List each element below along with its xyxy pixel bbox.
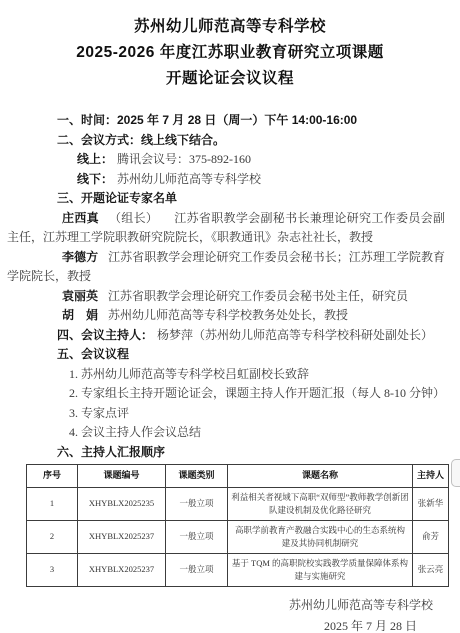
agenda-item: 1. 苏州幼儿师范高等专科学校吕虹副校长致辞 — [7, 365, 445, 385]
expert-item: 李德方江苏省职教学会理论研究工作委员会秘书长；江苏理工学院教育学院院长，教授 — [7, 248, 445, 287]
expert-desc: 江苏省职教学会理论研究工作委员会秘书处主任，研究员 — [108, 289, 408, 303]
cell-index: 3 — [27, 553, 78, 586]
expert-name: 庄西真 — [62, 211, 99, 225]
table-row: 2 XHYBLX2025237 一般立项 高职学前教育产教融合实践中心的生态系统… — [27, 520, 449, 553]
agenda-item: 4. 会议主持人作会议总结 — [7, 423, 445, 443]
section-host: 四、会议主持人：杨梦萍（苏州幼儿师范高等专科学校科研处副处长） — [7, 326, 445, 346]
signature-org: 苏州幼儿师范高等专科学校 — [7, 595, 445, 616]
cell-project-type: 一般立项 — [166, 487, 228, 520]
signature-block: 苏州幼儿师范高等专科学校 2025 年 7 月 28 日 — [7, 595, 445, 633]
edge-widget[interactable] — [451, 459, 460, 487]
host-value: 杨梦萍（苏州幼儿师范高等专科学校科研处副处长） — [157, 328, 433, 342]
table-header-row: 序号 课题编号 课题类别 课题名称 主持人 — [27, 465, 449, 488]
cell-host: 张云亮 — [413, 553, 449, 586]
title-line-agenda: 开题论证会议议程 — [0, 66, 460, 92]
document-page: 苏州幼儿师范高等专科学校 2025-2026 年度江苏职业教育研究立项课题 开题… — [0, 0, 460, 633]
document-title: 苏州幼儿师范高等专科学校 2025-2026 年度江苏职业教育研究立项课题 开题… — [0, 14, 460, 92]
table-row: 3 XHYBLX2025237 一般立项 基于 TQM 的高职院校实践教学质量保… — [27, 553, 449, 586]
title-line-project: 2025-2026 年度江苏职业教育研究立项课题 — [0, 40, 460, 66]
signature-date: 2025 年 7 月 28 日 — [7, 616, 445, 633]
cell-index: 1 — [27, 487, 78, 520]
section-expert-list: 三、开题论证专家名单 — [7, 189, 445, 209]
cell-project-code: XHYBLX2025237 — [78, 553, 166, 586]
offline-value: 苏州幼儿师范高等专科学校 — [117, 172, 261, 186]
expert-name: 胡 娟 — [62, 308, 98, 322]
section-agenda: 五、会议议程 — [7, 345, 445, 365]
online-value: 腾讯会议号：375-892-160 — [117, 152, 251, 166]
section-meeting-mode: 二、会议方式：线上线下结合。 — [7, 131, 445, 151]
cell-project-type: 一般立项 — [166, 553, 228, 586]
col-header-project-code: 课题编号 — [78, 465, 166, 488]
section-report-order: 六、主持人汇报顺序 — [7, 443, 445, 463]
title-line-school: 苏州幼儿师范高等专科学校 — [0, 14, 460, 40]
cell-project-title: 利益相关者视域下高职“双师型”教师教学创新团队建设机制及优化路径研究 — [228, 487, 413, 520]
agenda-item: 3. 专家点评 — [7, 404, 445, 424]
expert-desc: 苏州幼儿师范高等专科学校教务处处长，教授 — [108, 308, 348, 322]
cell-project-type: 一般立项 — [166, 520, 228, 553]
table-row: 1 XHYBLX2025235 一般立项 利益相关者视域下高职“双师型”教师教学… — [27, 487, 449, 520]
cell-project-code: XHYBLX2025237 — [78, 520, 166, 553]
offline-line: 线下：苏州幼儿师范高等专科学校 — [7, 170, 445, 190]
agenda-item: 2. 专家组长主持开题论证会，课题主持人作开题汇报（每人 8-10 分钟） — [7, 384, 445, 404]
cell-host: 俞芳 — [413, 520, 449, 553]
cell-index: 2 — [27, 520, 78, 553]
expert-role: （组长） — [109, 211, 158, 225]
expert-name: 袁丽英 — [62, 289, 98, 303]
offline-label: 线下： — [77, 172, 113, 186]
cell-project-title: 基于 TQM 的高职院校实践教学质量保障体系构建与实施研究 — [228, 553, 413, 586]
cell-project-code: XHYBLX2025235 — [78, 487, 166, 520]
online-line: 线上：腾讯会议号：375-892-160 — [7, 150, 445, 170]
col-header-index: 序号 — [27, 465, 78, 488]
section-time: 一、时间：2025 年 7 月 28 日（周一）下午 14:00-16:00 — [7, 111, 445, 131]
col-header-project-title: 课题名称 — [228, 465, 413, 488]
expert-name: 李德方 — [62, 250, 98, 264]
cell-project-title: 高职学前教育产教融合实践中心的生态系统构建及其协同机制研究 — [228, 520, 413, 553]
col-header-host: 主持人 — [413, 465, 449, 488]
host-label: 四、会议主持人： — [57, 328, 153, 342]
expert-item: 胡 娟苏州幼儿师范高等专科学校教务处处长，教授 — [7, 306, 445, 326]
cell-host: 张新华 — [413, 487, 449, 520]
col-header-project-type: 课题类别 — [166, 465, 228, 488]
document-body: 一、时间：2025 年 7 月 28 日（周一）下午 14:00-16:00 二… — [7, 111, 445, 633]
expert-item: 庄西真（组长）江苏省职教学会副秘书长兼理论研究工作委员会副主任，江苏理工学院职教… — [7, 209, 445, 248]
online-label: 线上： — [77, 152, 113, 166]
report-order-table: 序号 课题编号 课题类别 课题名称 主持人 1 XHYBLX2025235 一般… — [26, 464, 449, 587]
expert-item: 袁丽英江苏省职教学会理论研究工作委员会秘书处主任，研究员 — [7, 287, 445, 307]
